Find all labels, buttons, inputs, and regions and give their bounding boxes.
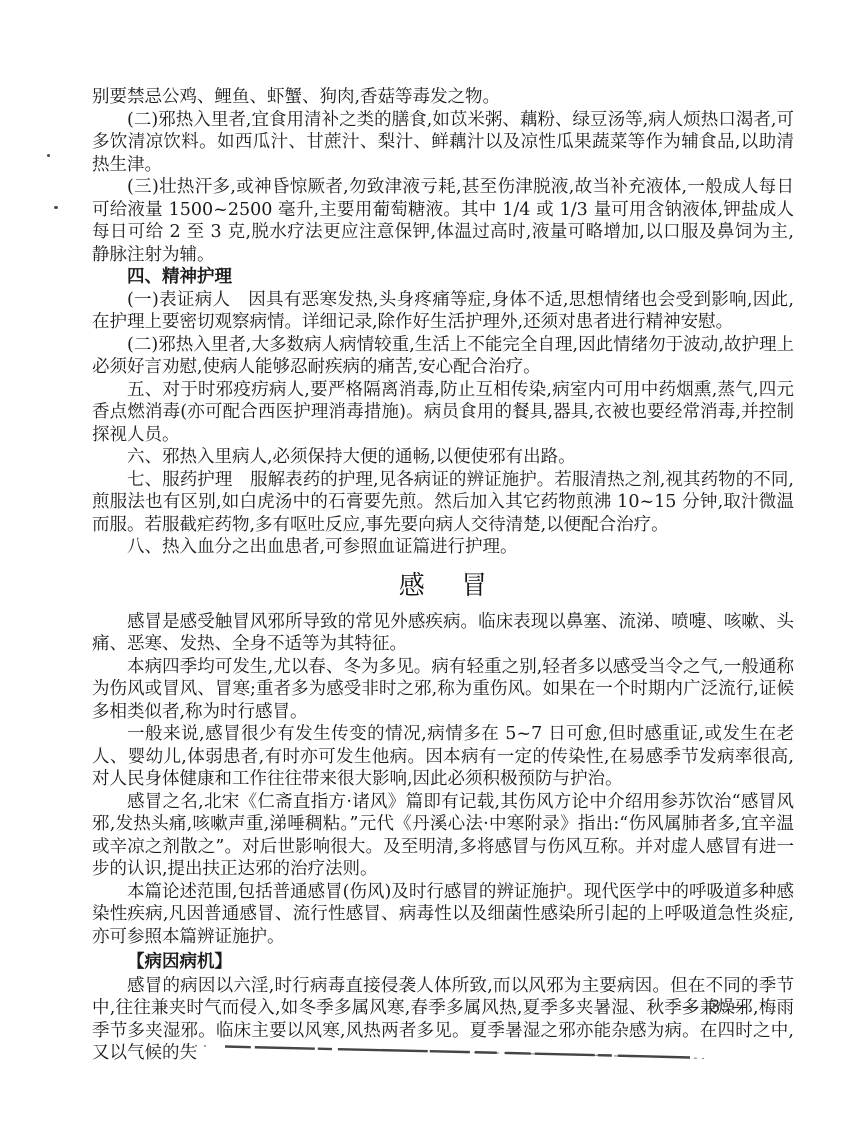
page-number: — 3 —	[682, 997, 751, 1016]
para-mental-item-1: (一)表证病人 因具有恶寒发热,头身疼痛等症,身体不适,思想情绪也会受到影响,因…	[92, 289, 794, 334]
para-cold-definition: 感冒是感受触冒风邪所导致的常见外感疾病。临床表现以鼻塞、流涕、喷嚏、咳嗽、头痛、…	[92, 611, 794, 656]
para-cold-course: 一般来说,感冒很少有发生传变的情况,病情多在 5~7 日可愈,但时感重证,或发生…	[92, 723, 794, 791]
text-block: 别要禁忌公鸡、鲤鱼、虾蟹、狗肉,香菇等毒发之物。 (二)邪热入里者,宜食用清补之…	[92, 86, 794, 1065]
margin-speck	[54, 206, 58, 209]
heading-mental-nursing: 四、精神护理	[92, 266, 794, 289]
para-isolation-item-5: 五、对于时邪疫疠病人,要严格隔离消毒,防止互相传染,病室内可用中药烟熏,蒸气,四…	[92, 379, 794, 447]
para-cold-history: 感冒之名,北宋《仁斋直指方·诸风》篇即有记载,其伤风方论中介绍用参苏饮治“感冒风…	[92, 791, 794, 881]
para-diet-item-2: (二)邪热入里者,宜食用清补之类的膳食,如苡米粥、藕粉、绿豆汤等,病人烦热口渴者…	[92, 109, 794, 177]
subheading-etiology-pathogenesis: 【病因病机】	[92, 951, 794, 974]
para-cold-seasons: 本病四季均可发生,尤以春、冬为多见。病有轻重之别,轻者多以感受当令之气,一般通称…	[92, 656, 794, 724]
para-fluids-item-3: (三)壮热汗多,或神昏惊厥者,勿致津液亏耗,甚至伤津脱液,故当补充液体,一般成人…	[92, 176, 794, 266]
para-mental-item-2: (二)邪热入里者,大多数病人病情较重,生活上不能完全自理,因此情绪勿于波动,故护…	[92, 334, 794, 379]
para-cold-scope: 本篇论述范围,包括普通感冒(伤风)及时行感冒的辨证施护。现代医学中的呼吸道多种感…	[92, 881, 794, 949]
para-medication-item-7: 七、服药护理 服解表药的护理,见各病证的辨证施护。若服清热之剂,视其药物的不同,…	[92, 469, 794, 537]
para-blood-item-8: 八、热入血分之出血患者,可参照血证篇进行护理。	[92, 536, 794, 559]
scanned-book-page: 别要禁忌公鸡、鲤鱼、虾蟹、狗肉,香菇等毒发之物。 (二)邪热入里者,宜食用清补之…	[0, 0, 866, 1122]
chapter-title-common-cold: 感冒	[92, 569, 794, 603]
para-bowel-item-6: 六、邪热入里病人,必须保持大便的通畅,以便使邪有出路。	[92, 446, 794, 469]
margin-speck	[47, 154, 50, 157]
scan-artifact-line	[180, 1038, 710, 1066]
para-forbidden-foods: 别要禁忌公鸡、鲤鱼、虾蟹、狗肉,香菇等毒发之物。	[92, 86, 794, 109]
